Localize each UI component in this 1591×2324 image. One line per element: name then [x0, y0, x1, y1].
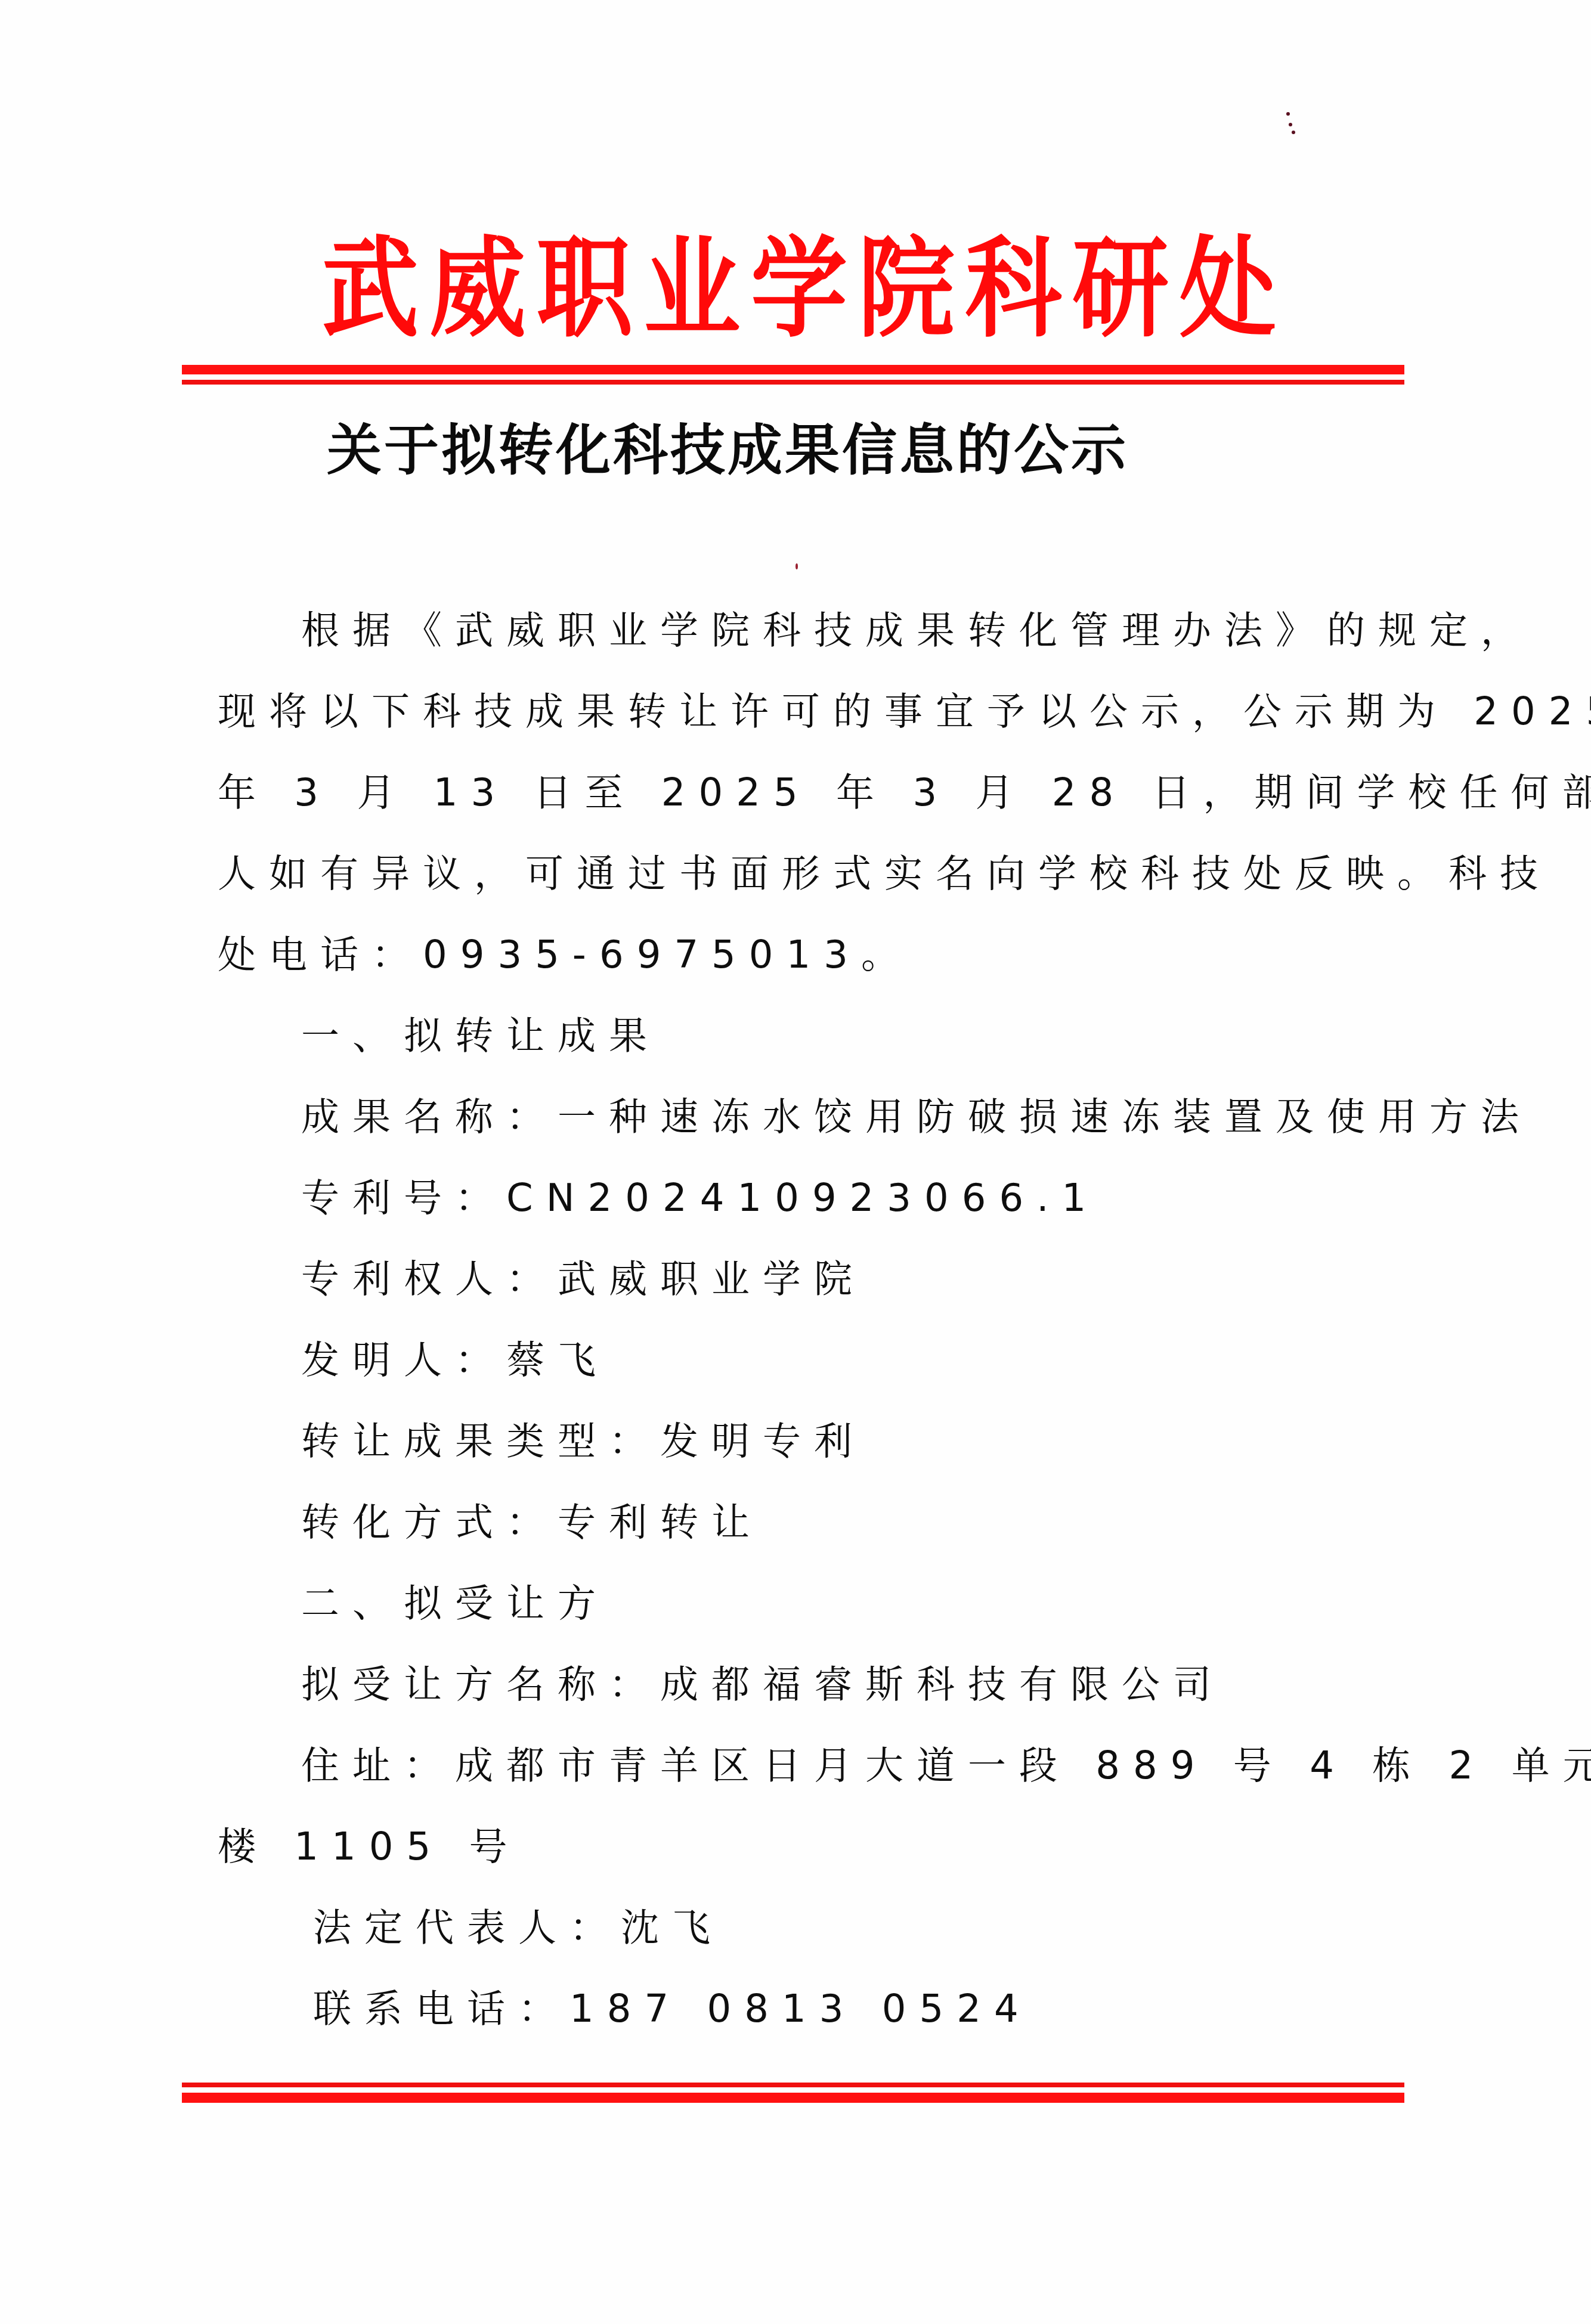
field-legal-representative: 法定代表人：沈飞 — [218, 1888, 1351, 1969]
field-achievement-name: 成果名称：一种速冻水饺用防破损速冻装置及使用方法 — [218, 1077, 1351, 1158]
field-value: 一种速冻水饺用防破损速冻装置及使用方法 — [558, 1095, 1532, 1139]
scan-speck — [1289, 123, 1292, 126]
field-inventor: 发明人：蔡飞 — [218, 1320, 1351, 1401]
letterhead-char: 学 — [751, 235, 847, 343]
organization-letterhead: 武 威 职 业 学 院 科 研 处 — [322, 229, 1276, 349]
letterhead-char: 职 — [537, 235, 633, 343]
letterhead-char: 武 — [322, 235, 419, 343]
field-value: 发明专利 — [660, 1420, 865, 1464]
letterhead-char: 院 — [858, 235, 955, 343]
field-label: 发明人： — [301, 1338, 506, 1383]
divider-thick-line — [182, 365, 1404, 374]
field-patentee: 专利权人：武威职业学院 — [218, 1239, 1351, 1320]
scan-speck — [1292, 131, 1295, 134]
intro-line: 现将以下科技成果转让许可的事宜予以公示，公示期为 2025 — [218, 671, 1351, 752]
field-transferee-name: 拟受让方名称：成都福睿斯科技有限公司 — [218, 1644, 1351, 1725]
scan-speck — [795, 563, 798, 569]
divider-thin-line — [182, 2083, 1404, 2087]
document-page: 武 威 职 业 学 院 科 研 处 关于拟转化科技成果信息的公示 根据《武威职业… — [0, 0, 1591, 2324]
header-red-divider — [182, 365, 1404, 385]
letterhead-char: 研 — [1072, 235, 1169, 343]
section-heading-achievement: 一、拟转让成果 — [218, 996, 1351, 1077]
field-label: 拟受让方名称： — [301, 1663, 660, 1707]
field-label: 转化方式： — [301, 1501, 558, 1545]
letterhead-char: 处 — [1180, 235, 1276, 343]
letterhead-char: 科 — [965, 235, 1062, 343]
scan-speck — [1286, 112, 1290, 116]
field-value: 成都福睿斯科技有限公司 — [660, 1663, 1224, 1707]
intro-line: 人如有异议，可通过书面形式实名向学校科技处反映。科技 — [218, 833, 1351, 915]
field-patent-number: 专利号：CN202410923066.1 — [218, 1158, 1351, 1239]
document-body: 根据《武威职业学院科技成果转化管理办法》的规定， 现将以下科技成果转让许可的事宜… — [218, 590, 1351, 2050]
field-label: 联系电话： — [313, 1987, 569, 2031]
intro-line: 根据《武威职业学院科技成果转化管理办法》的规定， — [218, 590, 1351, 671]
field-label: 法定代表人： — [313, 1906, 621, 1950]
divider-thin-line — [182, 380, 1404, 385]
document-title: 关于拟转化科技成果信息的公示 — [327, 417, 1221, 483]
footer-red-divider — [182, 2083, 1404, 2103]
field-value: 武威职业学院 — [558, 1257, 865, 1302]
intro-line: 处电话：0935-6975013。 — [218, 915, 1351, 996]
field-address: 住址：成都市青羊区日月大道一段 889 号 4 栋 2 单元 11 — [218, 1725, 1351, 1806]
field-value: CN202410923066.1 — [506, 1176, 1099, 1220]
section-heading-transferee: 二、拟受让方 — [218, 1563, 1351, 1644]
field-label: 住址： — [301, 1744, 455, 1788]
field-label: 转让成果类型： — [301, 1420, 660, 1464]
intro-line: 年 3 月 13 日至 2025 年 3 月 28 日，期间学校任何部门或个 — [218, 752, 1351, 833]
field-address-continuation: 楼 1105 号 — [218, 1806, 1351, 1888]
field-value: 成都市青羊区日月大道一段 889 号 4 栋 2 单元 11 — [455, 1744, 1591, 1788]
field-label: 成果名称： — [301, 1095, 558, 1139]
divider-thick-line — [182, 2093, 1404, 2103]
field-transfer-method: 转化方式：专利转让 — [218, 1482, 1351, 1563]
field-value: 187 0813 0524 — [569, 1987, 1032, 2031]
field-value: 沈飞 — [621, 1906, 723, 1950]
field-label: 专利权人： — [301, 1257, 558, 1302]
field-value: 蔡飞 — [506, 1338, 609, 1383]
field-label: 专利号： — [301, 1176, 506, 1220]
field-achievement-type: 转让成果类型：发明专利 — [218, 1401, 1351, 1482]
letterhead-char: 威 — [429, 235, 526, 343]
field-contact-phone: 联系电话：187 0813 0524 — [218, 1969, 1351, 2050]
letterhead-char: 业 — [643, 235, 740, 343]
field-value: 专利转让 — [558, 1501, 763, 1545]
